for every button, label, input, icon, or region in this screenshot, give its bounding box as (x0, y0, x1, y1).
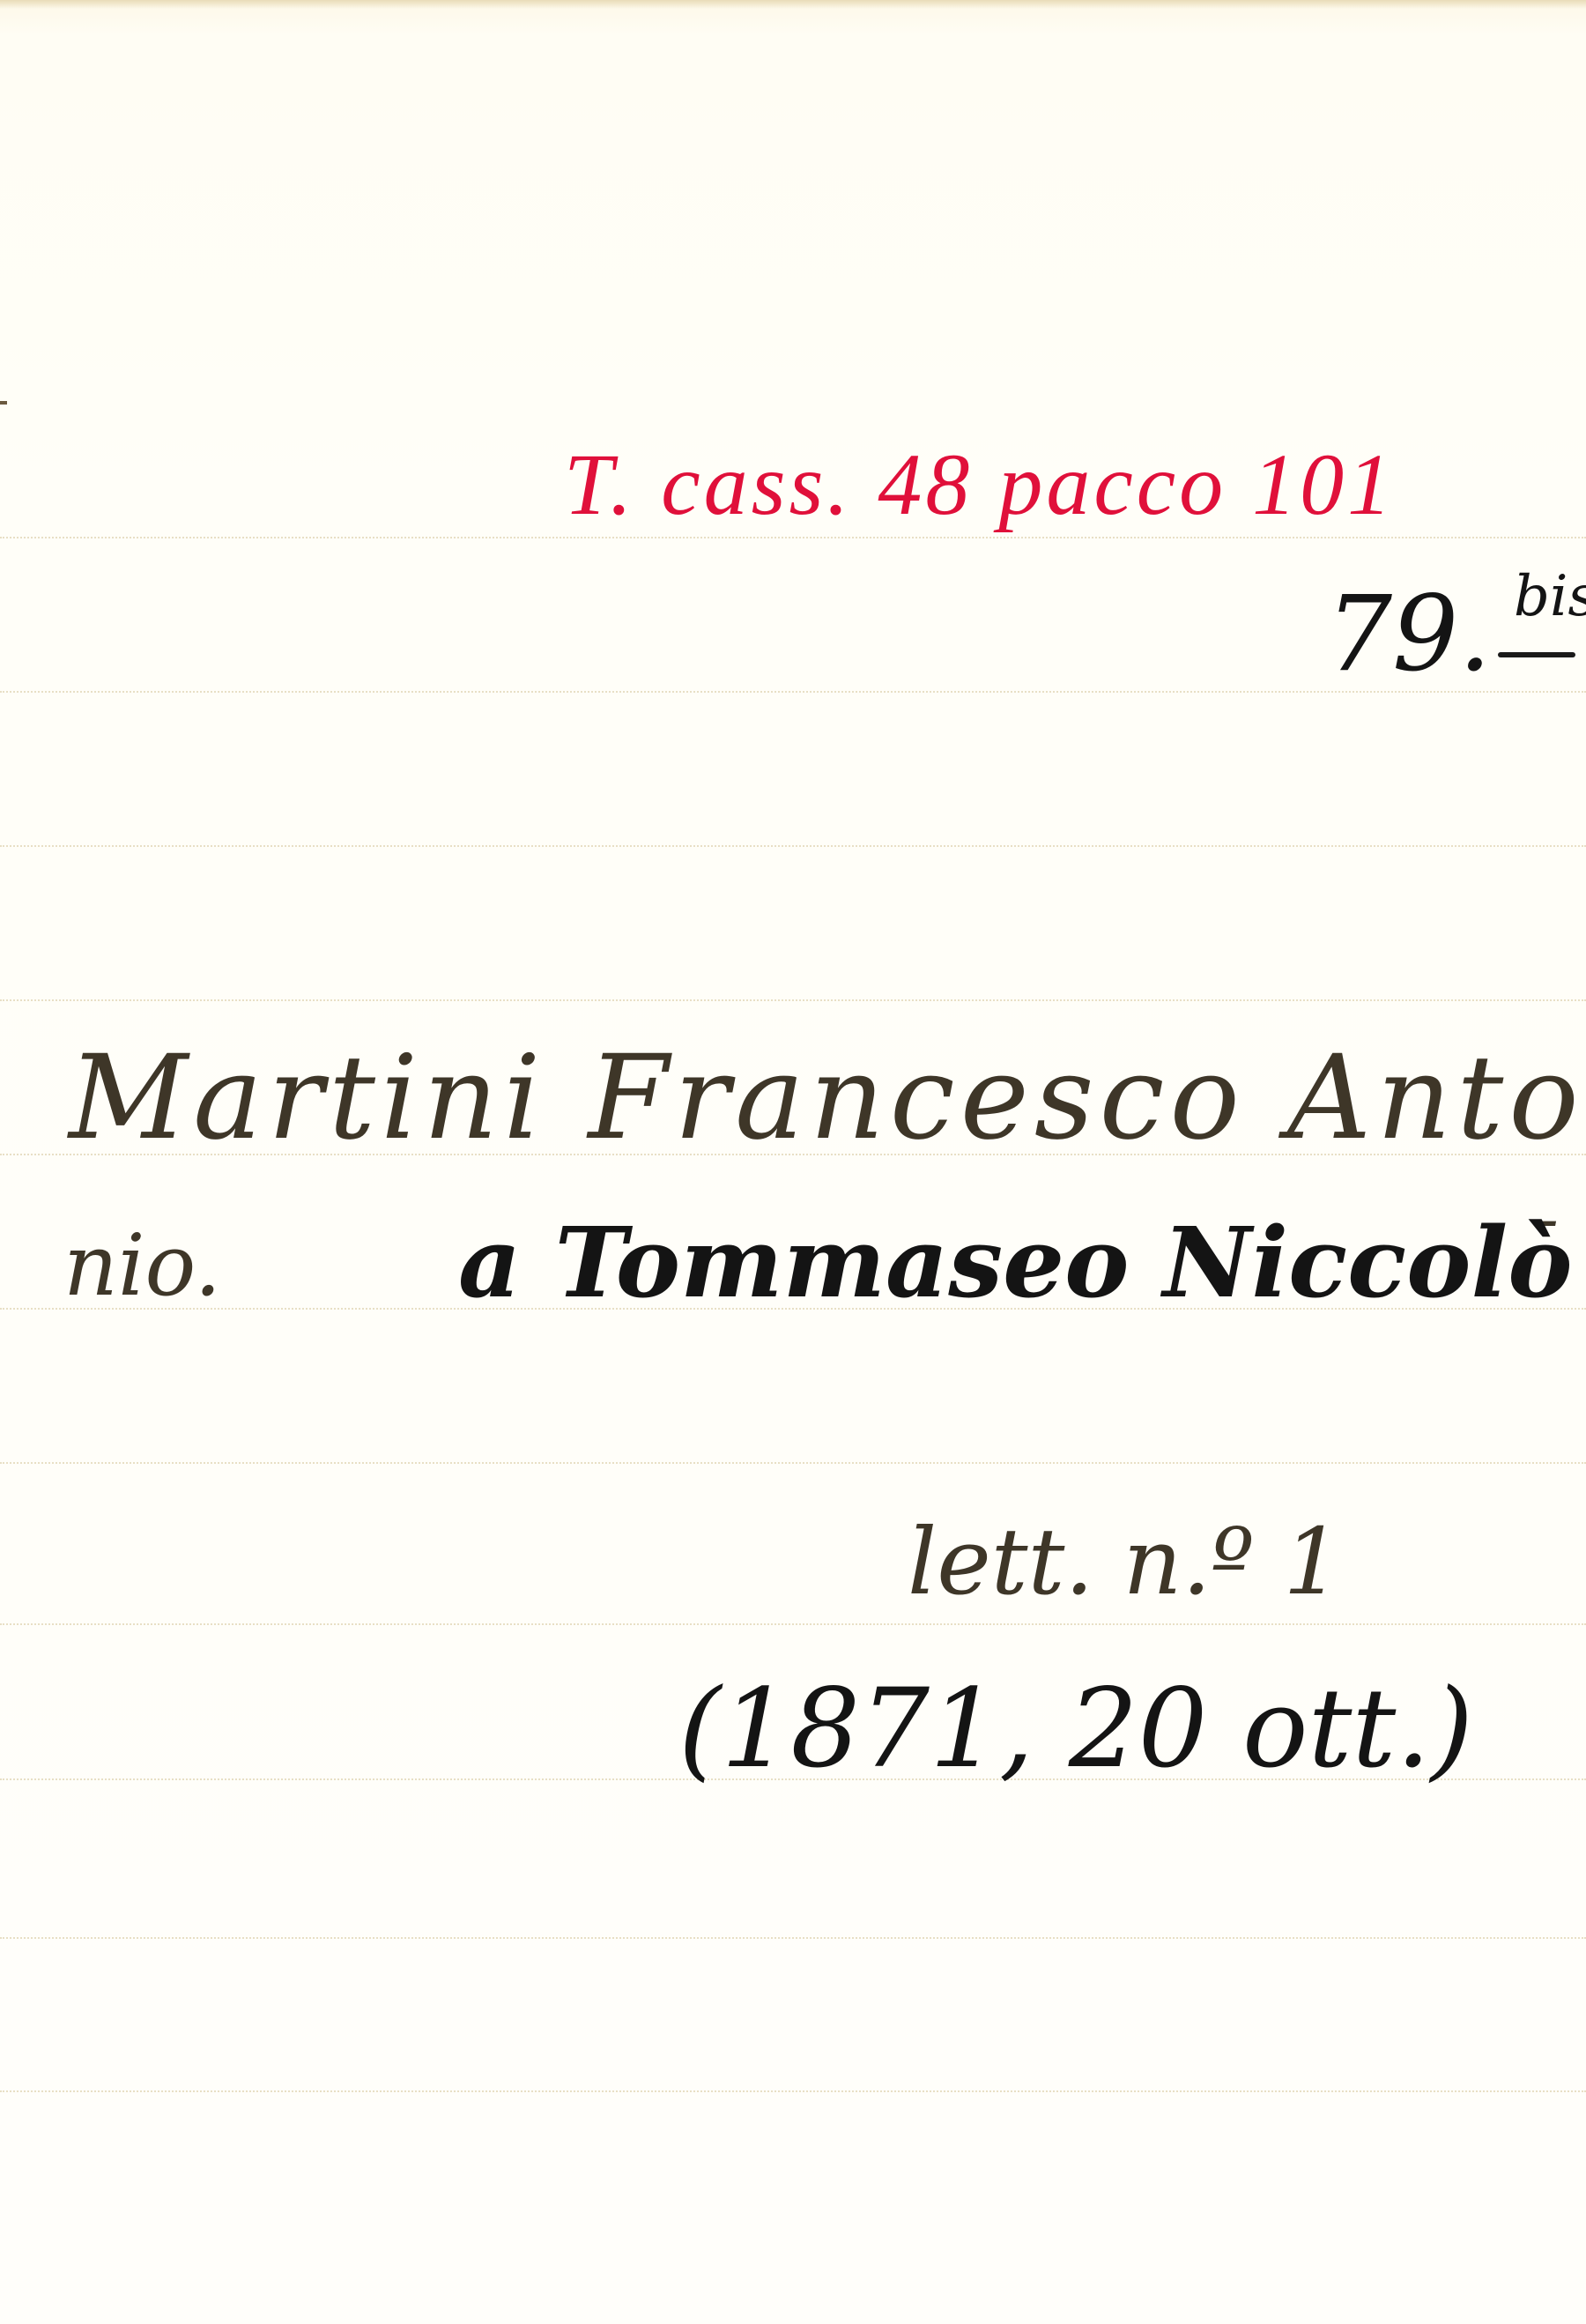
ruled-line (0, 1623, 1586, 1625)
ruled-line (0, 1462, 1586, 1464)
ruled-line (0, 845, 1586, 847)
author-name-line1: Martini Francesco Anto (69, 1040, 1584, 1156)
ruled-line (0, 2090, 1586, 2092)
ruled-line (0, 537, 1586, 538)
ruled-line (0, 999, 1586, 1001)
suffix-underline (1498, 652, 1575, 657)
recipient: a Tommaseo Niccolò (458, 1214, 1573, 1311)
index-card: T. cass. 48 pacco 101 79. bis Martini Fr… (0, 0, 1586, 2324)
item-number: 79. (1326, 582, 1492, 686)
card-top-edge (0, 0, 1586, 9)
letter-date: (1871, 20 ott.) (678, 1674, 1473, 1784)
ruled-line (0, 1937, 1586, 1939)
letters-count: lett. n.º 1 (908, 1516, 1342, 1607)
edge-mark (0, 401, 7, 405)
item-number-suffix: bis (1514, 564, 1586, 629)
shelfmark: T. cass. 48 pacco 101 (564, 441, 1395, 529)
author-name-line2: nio. (63, 1223, 221, 1308)
